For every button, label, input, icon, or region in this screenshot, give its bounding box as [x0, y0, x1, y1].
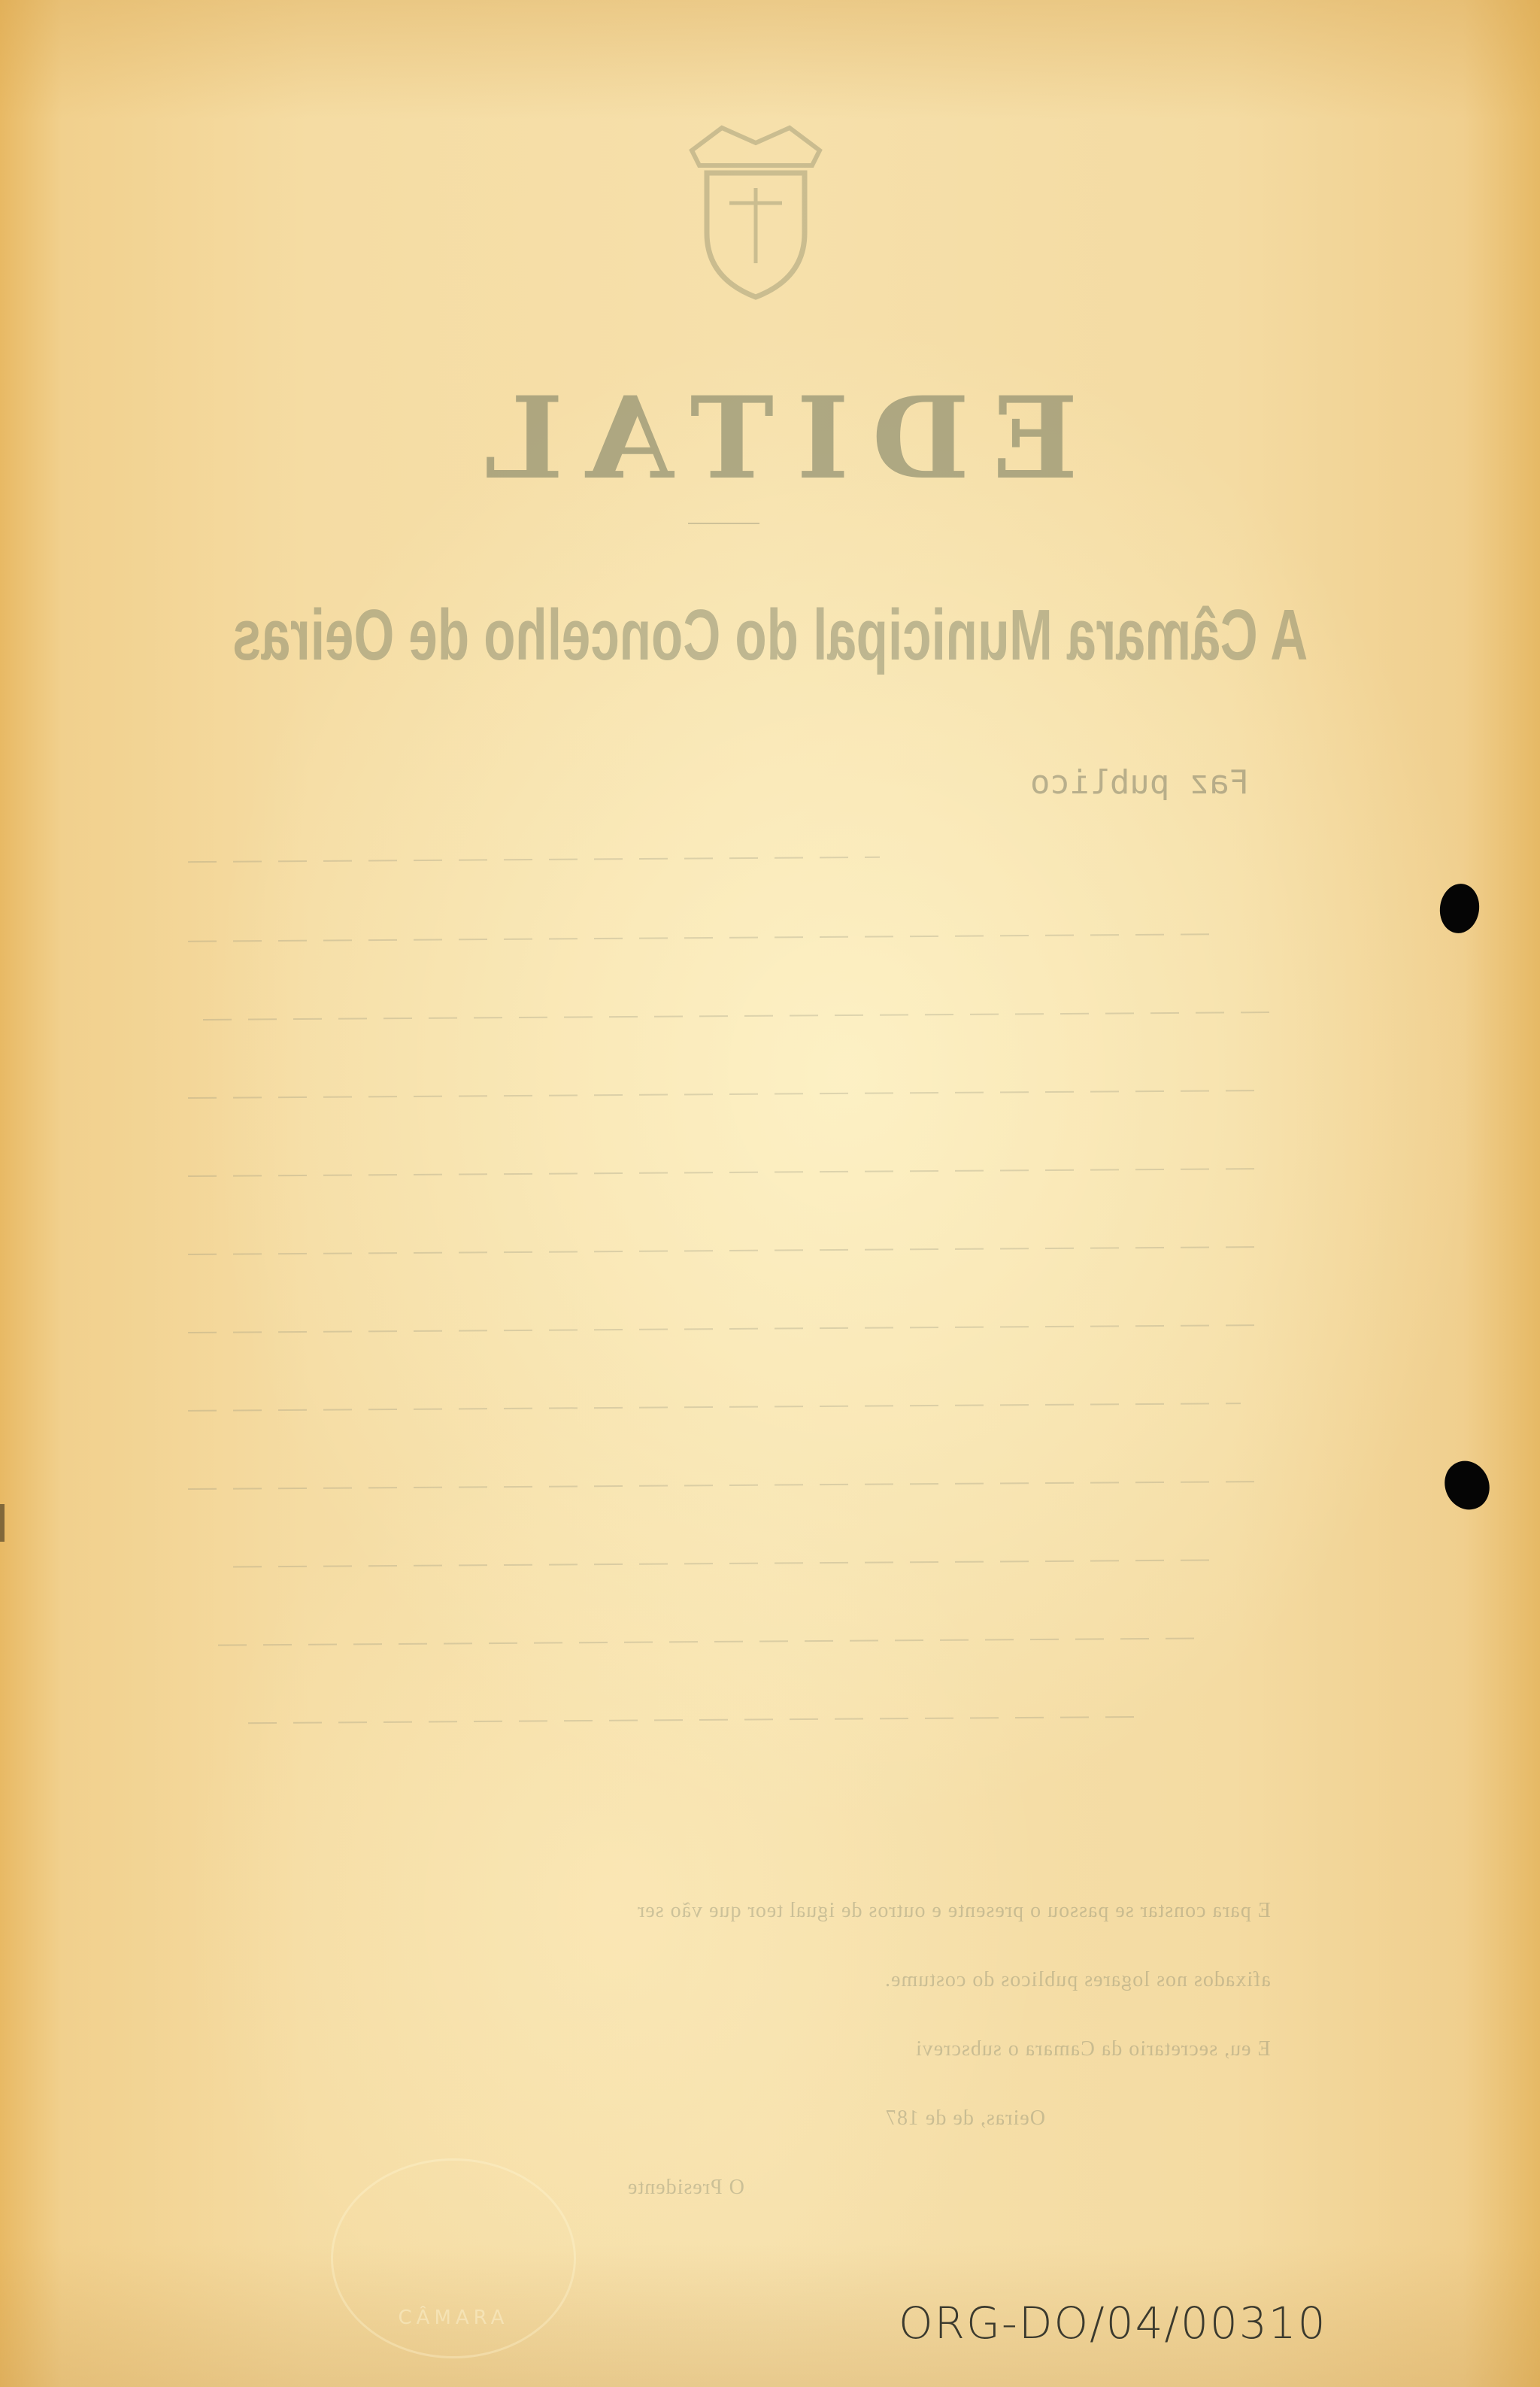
punch-hole [1437, 881, 1483, 936]
handwritten-line [188, 939, 1286, 1017]
archive-reference-code: ORG-DO/04/00310 [899, 2298, 1327, 2349]
handwritten-line [188, 1173, 1286, 1251]
scanned-document-page: EDITAL A Câmara Municipal do Concelho de… [0, 0, 1540, 2387]
handwritten-line [188, 1017, 1286, 1095]
handwritten-body-bleed [188, 782, 1286, 1721]
handwritten-line [188, 1330, 1286, 1408]
paper-edge-mark [0, 1504, 5, 1542]
handwritten-line [188, 1095, 1286, 1173]
embossed-seal-icon: CÂMARA [331, 2158, 576, 2358]
coat-of-arms-icon [677, 120, 835, 301]
handwritten-line [188, 1408, 1286, 1486]
document-title-bleed: EDITAL [0, 372, 1540, 505]
handwritten-line [188, 1486, 1286, 1564]
handwritten-line [188, 782, 1286, 860]
issuer-heading-bleed: A Câmara Municipal do Concelho de Oeiras [0, 594, 1540, 677]
handwritten-line [188, 1564, 1286, 1642]
punch-hole [1437, 1454, 1497, 1517]
title-divider [688, 523, 759, 524]
handwritten-line [188, 1251, 1286, 1330]
handwritten-line [188, 1642, 1286, 1721]
handwritten-line [188, 860, 1286, 939]
